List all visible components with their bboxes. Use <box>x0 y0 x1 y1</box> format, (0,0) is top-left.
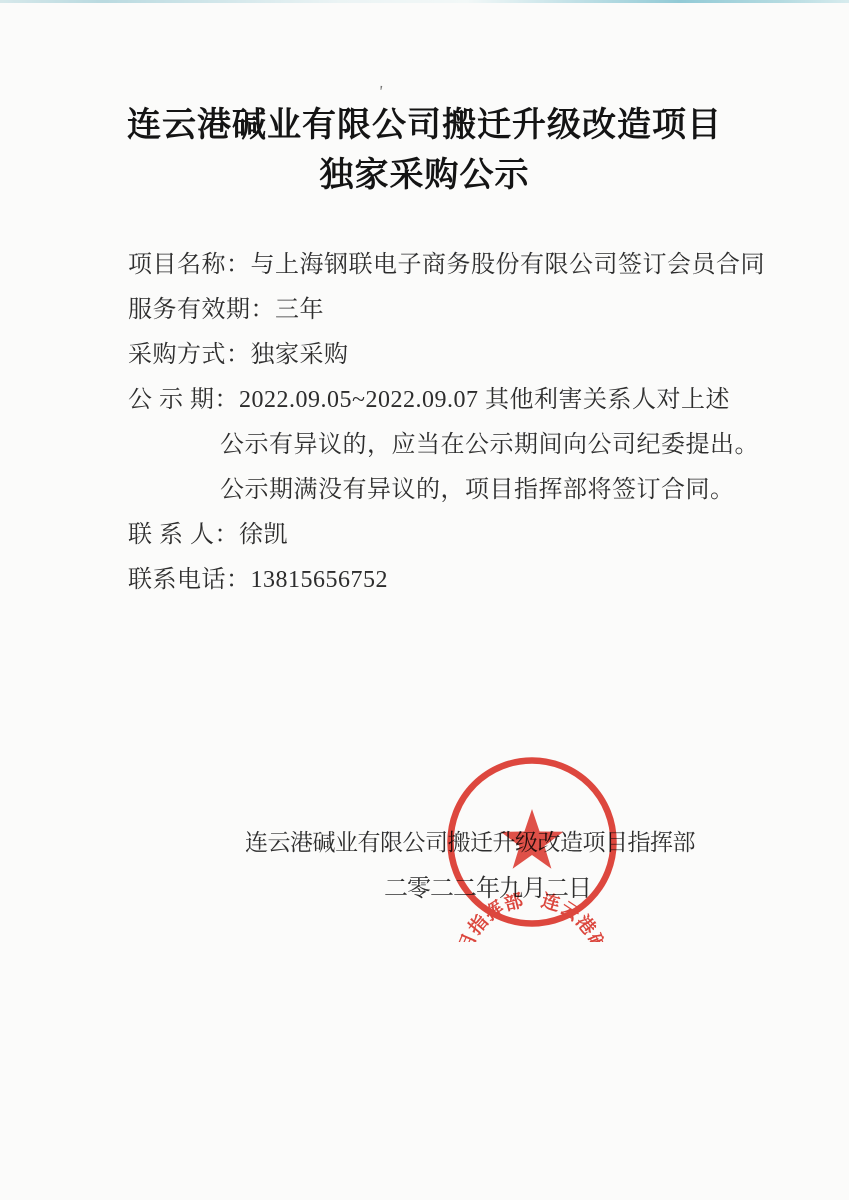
field-service-term: 服务有效期：三年 <box>128 288 768 333</box>
official-red-seal: 连云港碱业有限公司搬迁升级改造项目指挥部 <box>432 742 632 942</box>
seal-star-icon <box>501 809 564 869</box>
field-contact-person: 联 系 人：徐凯 <box>128 513 768 558</box>
publicity-note-line-2: 公示期满没有异议的，项目指挥部将签订合同。 <box>220 468 768 513</box>
field-publicity-period: 公 示 期：2022.09.05~2022.09.07 其他利害关系人对上述 <box>128 378 768 423</box>
notice-body: 项目名称：与上海钢联电子商务股份有限公司签订会员合同 服务有效期：三年 采购方式… <box>128 243 768 603</box>
document-title: 连云港碱业有限公司搬迁升级改造项目 独家采购公示 <box>0 100 849 200</box>
field-procure-method: 采购方式：独家采购 <box>128 333 768 378</box>
scanned-document-page: { "doc": { "title_line1": "连云港碱业有限公司搬迁升级… <box>0 0 849 1200</box>
title-line-1: 连云港碱业有限公司搬迁升级改造项目 <box>0 100 849 150</box>
field-contact-phone: 联系电话：13815656752 <box>128 558 768 603</box>
title-line-2: 独家采购公示 <box>0 150 849 200</box>
publicity-note-line-1: 公示有异议的，应当在公示期间向公司纪委提出。 <box>220 423 768 468</box>
scan-edge-artifact <box>0 0 849 3</box>
field-project-name: 项目名称：与上海钢联电子商务股份有限公司签订会员合同 <box>128 243 768 288</box>
